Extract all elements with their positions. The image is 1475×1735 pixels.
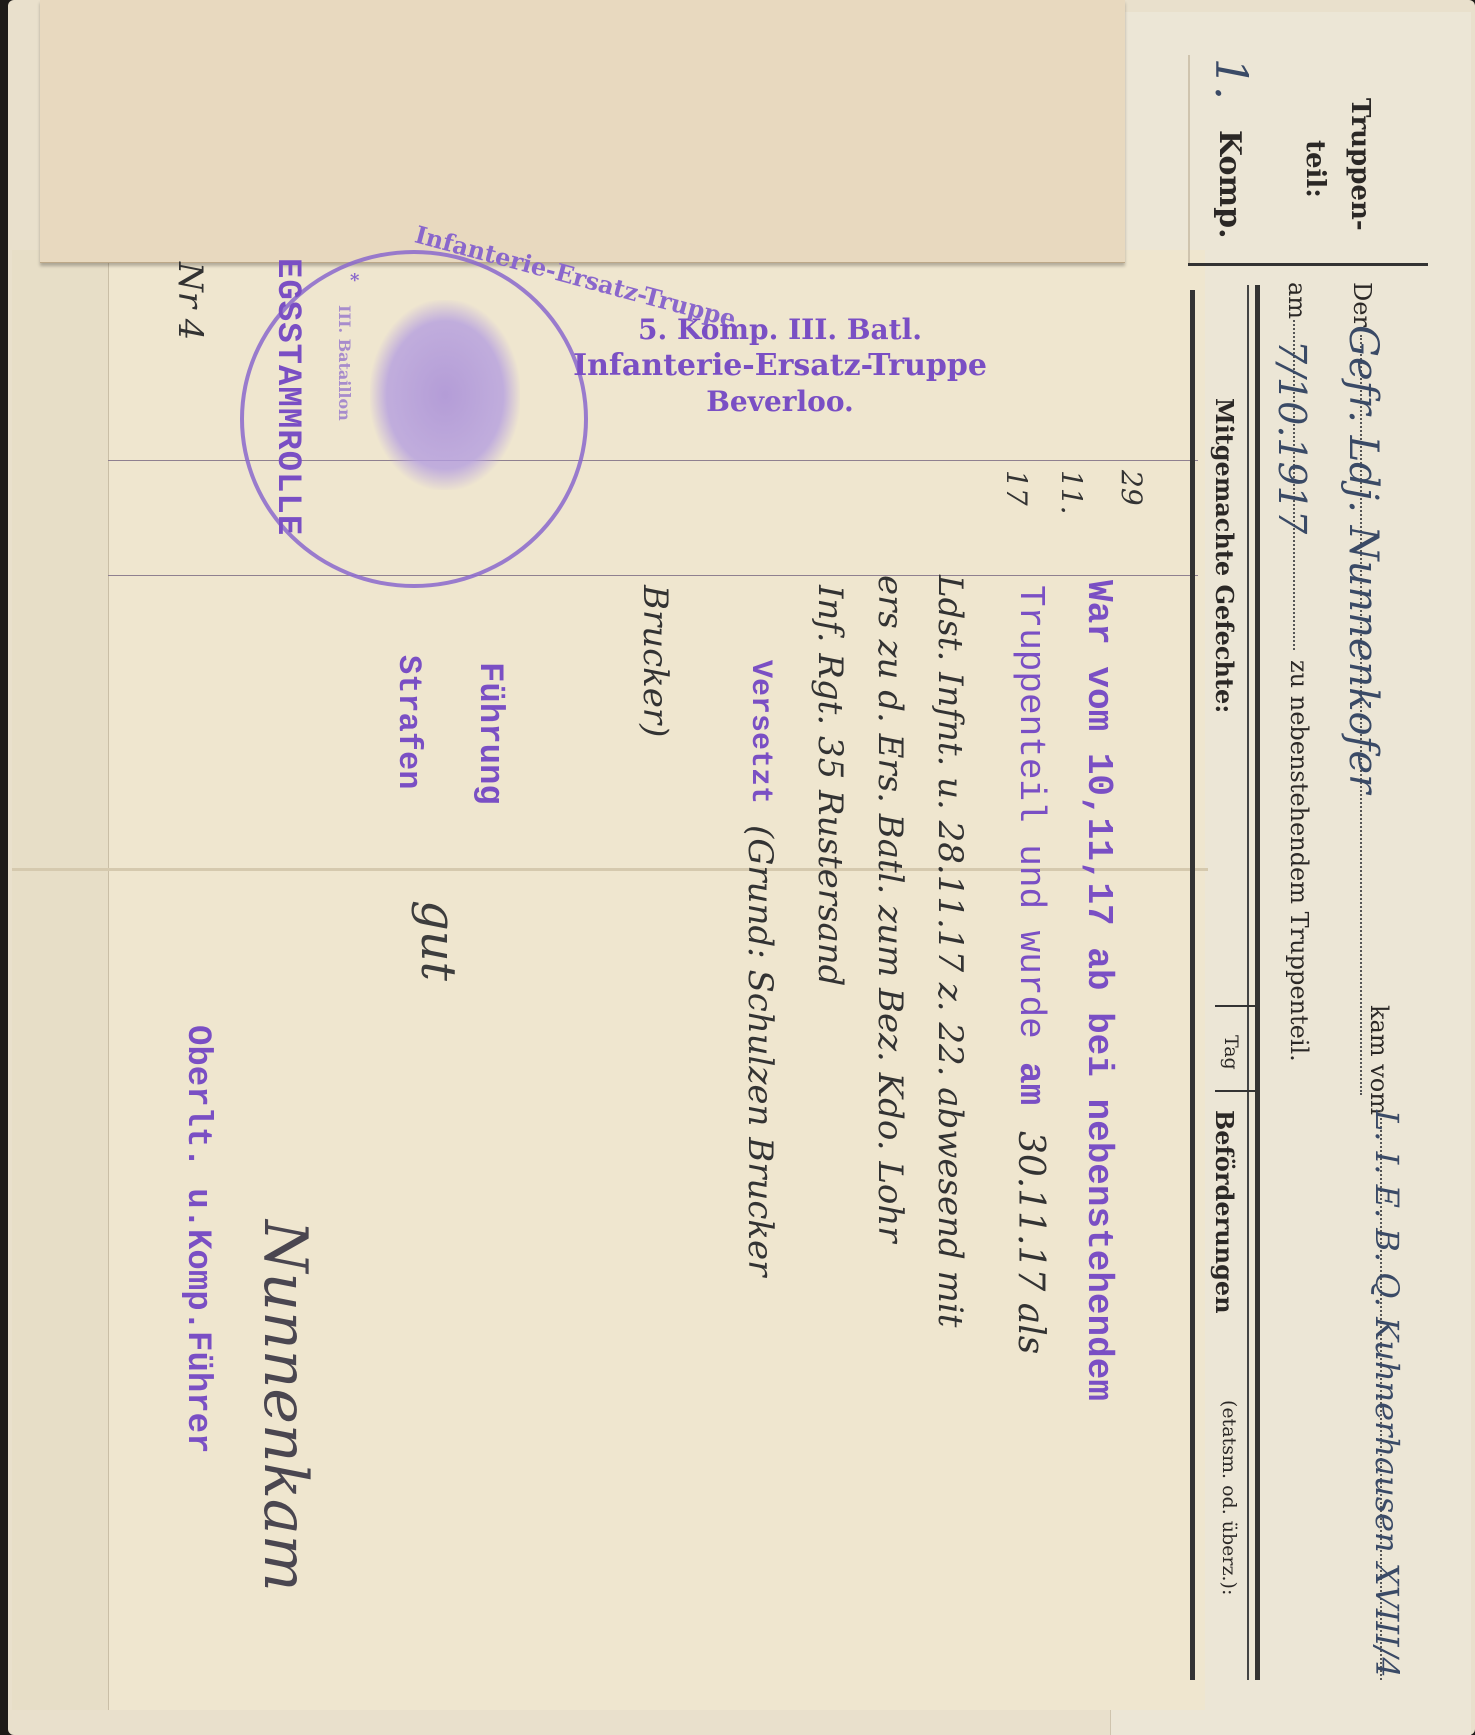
margin-number: 17 <box>1000 470 1033 506</box>
handwritten-line: (Grund: Schulzen Brucker <box>740 825 780 1276</box>
handwritten-line: Brucker) <box>635 585 675 737</box>
typed-entry-am: am <box>1010 1062 1051 1105</box>
typed-entry-line-2: Truppenteil und wurde am 30.11.17 als <box>1010 585 1051 1354</box>
typed-entry-line-2-text: Truppenteil und wurde <box>1010 585 1051 1039</box>
truppenteil-komp: Komp. <box>1212 130 1247 239</box>
fuehrung-handwritten-value: gut <box>410 900 466 981</box>
typed-entry-handwritten-date: 30.11.17 als <box>1010 1131 1051 1354</box>
commander-signature: Nunnenkam <box>250 1220 320 1592</box>
seal-star-icon: * <box>350 270 359 291</box>
truppenteil-label-2: teil: <box>1300 140 1330 198</box>
left-handwritten-mark: Nr 4 <box>170 262 210 340</box>
der-label: Der <box>1348 282 1376 327</box>
versetzt-stamp: Versetzt <box>743 660 777 804</box>
strafen-label: Strafen <box>390 655 427 789</box>
kam-vom-label: kam vom <box>1365 1005 1393 1115</box>
transfer-date-handwritten: 7/10.1917 <box>1270 340 1314 534</box>
handwritten-line: ers zu d. Ers. Batl. zum Bez. Kdo. Lohr <box>870 575 910 1243</box>
margin-number: 11. <box>1055 470 1088 515</box>
truppenteil-label: Truppen- <box>1345 98 1375 231</box>
form-column-rule <box>1247 285 1249 1680</box>
form-tick <box>1215 1090 1255 1092</box>
company-stamp-line-3: Beverloo. <box>540 384 1020 420</box>
stammrolle-stamp: EGSSTAMMROLLE <box>268 258 306 536</box>
mitgemachte-gefechte-label: Mitgemachte Gefechte: <box>1210 398 1239 713</box>
befoerderungen-note: (etatsm. od. überz.): <box>1218 1400 1240 1595</box>
versetzt-line: Versetzt (Grund: Schulzen Brucker <box>740 660 780 1276</box>
ruled-line <box>108 575 1198 576</box>
eagle-emblem-icon <box>370 300 520 490</box>
margin-number: 29 <box>1115 470 1148 506</box>
am-label: am <box>1283 282 1311 319</box>
origin-unit-handwritten: L. I. E. B. Q. Kuhnerhausen XVIII/4 <box>1368 1110 1406 1678</box>
zu-nebenstehendem-label: zu nebenstehendem Truppenteil. <box>1285 660 1313 1062</box>
left-binding-strip <box>12 250 109 1710</box>
seal-inner-text: III. Bataillon <box>335 305 354 421</box>
company-stamp: 5. Komp. III. Batl. Infanterie-Ersatz-Tr… <box>540 312 1020 420</box>
typed-entry-line-1: War vom 10,11,17 ab bei nebenstehendem <box>1078 580 1119 1401</box>
folded-paper-flap <box>40 0 1125 263</box>
handwritten-line: Ldst. Infnt. u. 28.11.17 z. 22. abwesend… <box>930 575 970 1327</box>
form-column-rule <box>1255 285 1260 1680</box>
soldier-name-handwritten: Gefr. Ldj. Nunnenkofer <box>1340 325 1386 793</box>
form-border <box>1188 55 1190 265</box>
form-divider <box>1188 263 1428 266</box>
signature-title: Oberlt. u.Komp.Führer <box>178 1025 216 1453</box>
truppenteil-handwritten-value: 1. <box>1205 58 1256 100</box>
befoerderungen-label: Beförderungen <box>1210 1110 1239 1314</box>
form-tick <box>1215 1005 1255 1007</box>
tag-label: Tag <box>1220 1035 1242 1070</box>
company-stamp-line-2: Infanterie-Ersatz-Truppe <box>540 348 1020 384</box>
form-column-rule <box>1190 290 1195 1680</box>
fuehrung-label: Führung <box>470 662 508 805</box>
handwritten-line: Inf. Rgt. 35 Rustersand <box>810 585 850 986</box>
company-stamp-line-1: 5. Komp. III. Batl. <box>540 312 1020 348</box>
